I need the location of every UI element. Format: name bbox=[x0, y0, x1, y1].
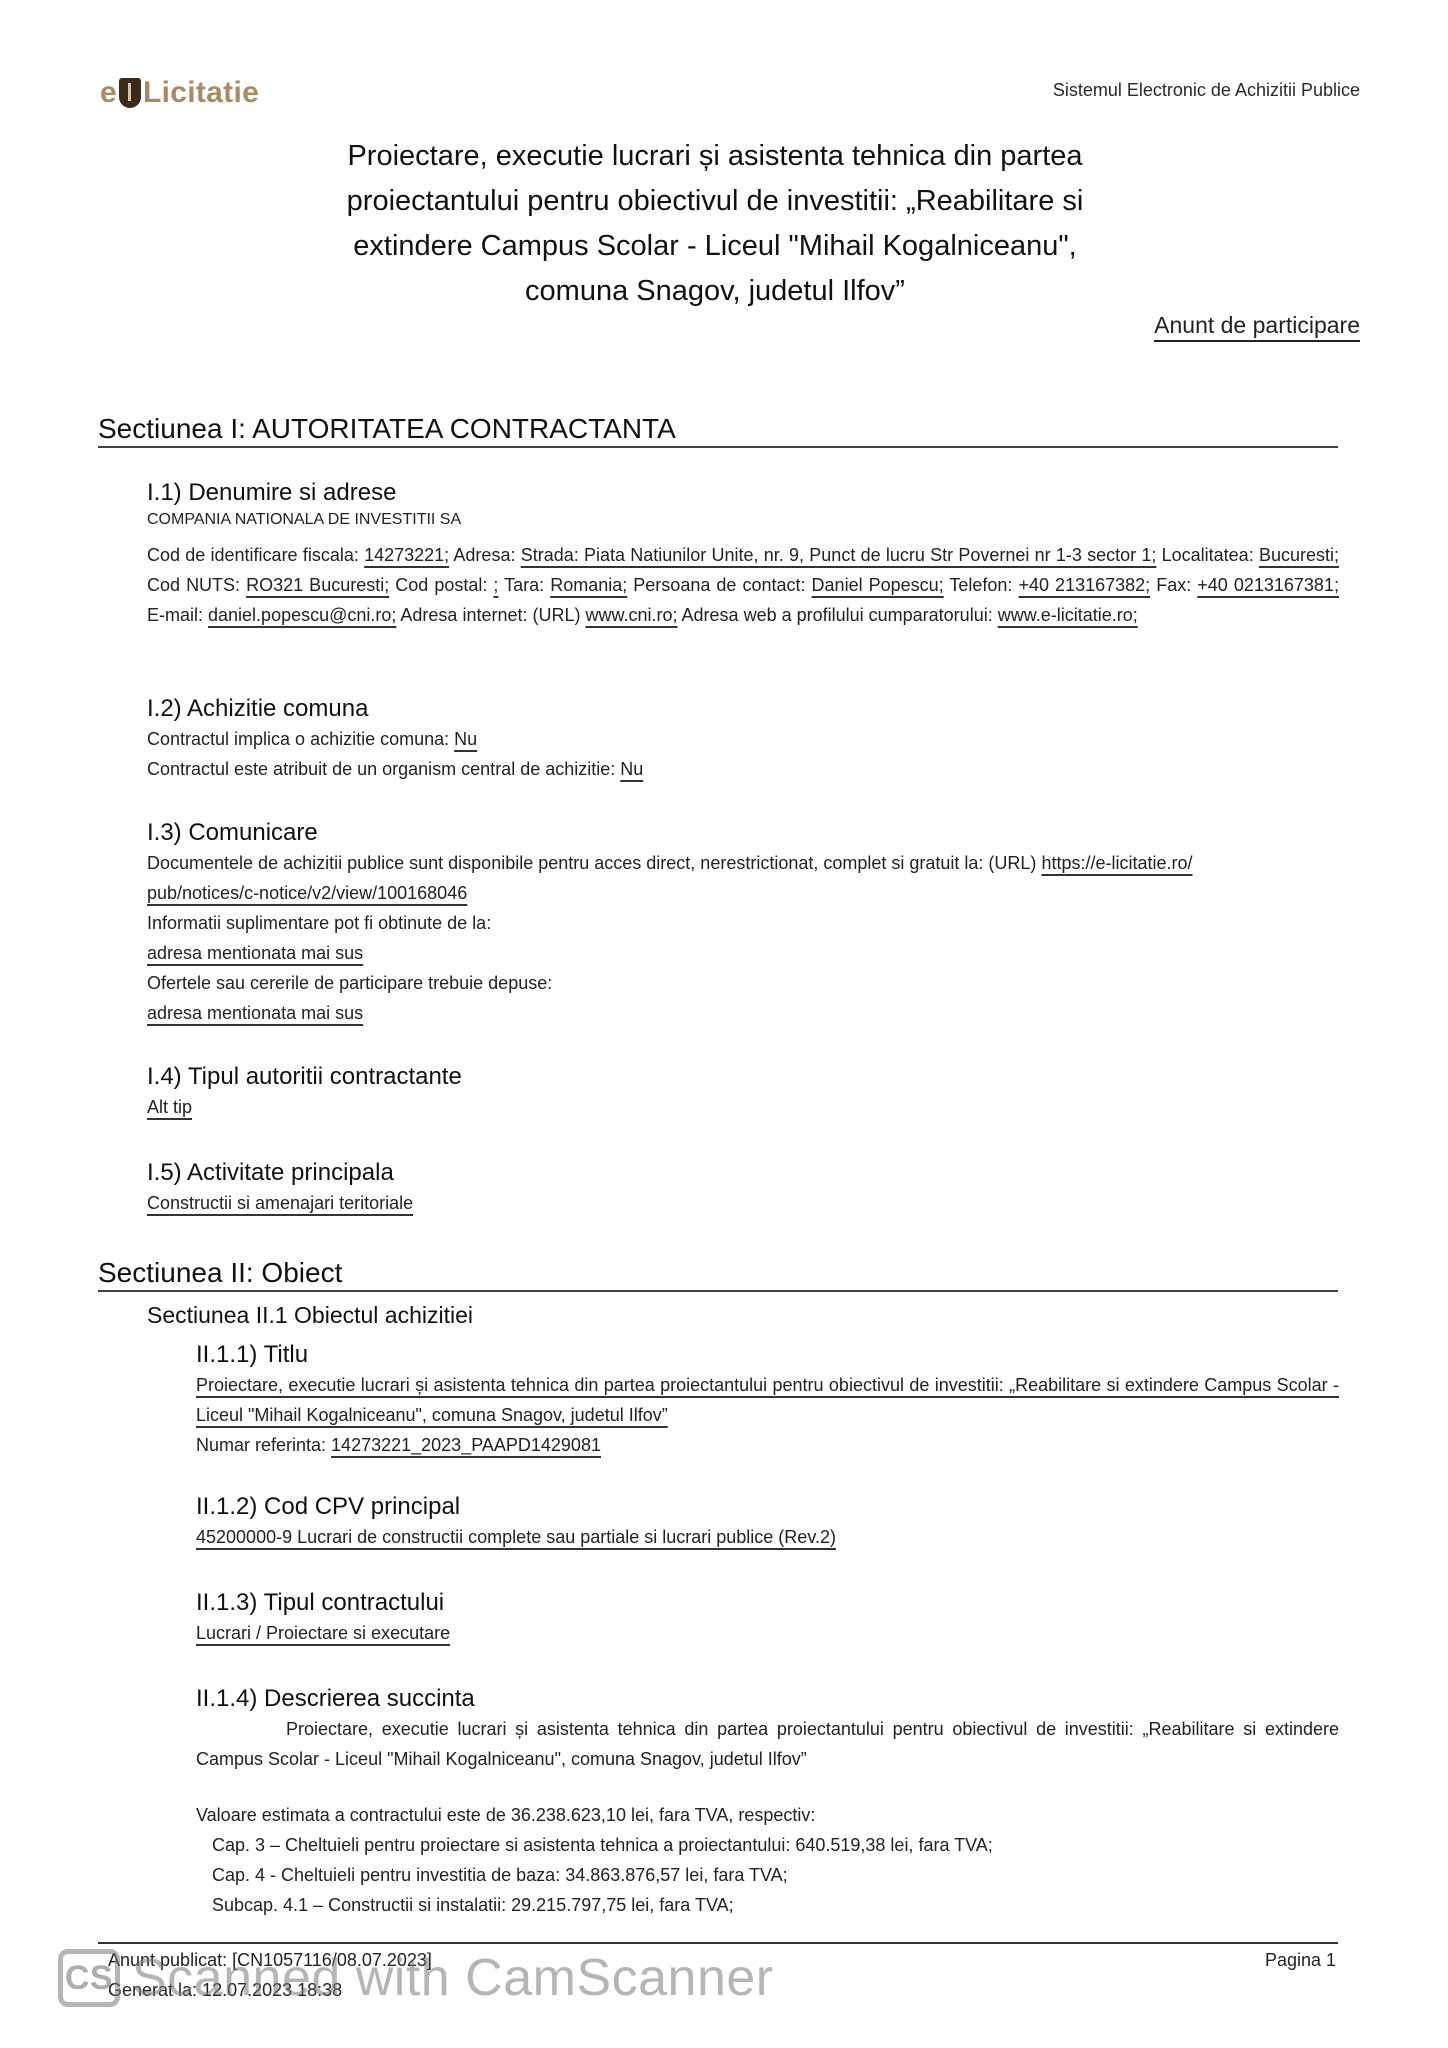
logo-prefix: e bbox=[100, 76, 117, 110]
buyer-profile-link[interactable]: www.e-licitatie.ro; bbox=[998, 605, 1138, 625]
nuts-label: Cod NUTS: bbox=[147, 575, 246, 595]
estimated-value: Valoare estimata a contractului este de … bbox=[196, 1800, 1339, 1830]
reference-number: 14273221_2023_PAAPD1429081 bbox=[331, 1435, 601, 1455]
fiscal-label: Cod de identificare fiscala: bbox=[147, 545, 364, 565]
section-i2-heading: I.2) Achizitie comuna bbox=[147, 694, 1339, 724]
cost-item: Cap. 3 – Cheltuieli pentru proiectare si… bbox=[212, 1830, 1312, 1860]
title-value-row: Proiectare, executie lucrari și asistent… bbox=[196, 1370, 1339, 1430]
info-value-row: adresa mentionata mai sus bbox=[147, 938, 1339, 968]
cost-item: Subcap. 4.1 – Constructii si instalatii:… bbox=[212, 1890, 1312, 1920]
cpv-row: 45200000-9 Lucrari de constructii comple… bbox=[196, 1522, 1339, 1552]
shield-icon bbox=[119, 78, 141, 108]
watermark-text: Scanned with CamScanner bbox=[132, 1948, 774, 2008]
central-value: Nu bbox=[620, 759, 643, 779]
offers-value-row: adresa mentionata mai sus bbox=[147, 998, 1339, 1028]
joint-label: Contractul implica o achizitie comuna: bbox=[147, 729, 454, 749]
country-value: Romania; bbox=[550, 575, 627, 595]
documents-label: Documentele de achizitii publice sunt di… bbox=[147, 853, 1041, 873]
section-1-heading: Sectiunea I: AUTORITATEA CONTRACTANTA bbox=[98, 412, 1338, 448]
notice-type: Anunt de participare bbox=[1154, 312, 1360, 342]
section-ii1-heading: Sectiunea II.1 Obiectul achizitiei bbox=[147, 1300, 1339, 1330]
nuts-value: RO321 Bucuresti; bbox=[246, 575, 389, 595]
contract-type-row: Lucrari / Proiectare si executare bbox=[196, 1618, 1339, 1648]
buyer-profile-label: Adresa web a profilului cumparatorului: bbox=[678, 605, 998, 625]
organization-name: COMPANIA NATIONALA DE INVESTITII SA bbox=[147, 508, 1339, 532]
fiscal-code: 14273221; bbox=[364, 545, 449, 565]
phone-value: +40 213167382; bbox=[1018, 575, 1150, 595]
phone-label: Telefon: bbox=[944, 575, 1019, 595]
section-ii12-heading: II.1.2) Cod CPV principal bbox=[196, 1492, 1339, 1522]
authority-type: Alt tip bbox=[147, 1097, 192, 1117]
fax-value: +40 0213167381; bbox=[1197, 575, 1339, 595]
info-value: adresa mentionata mai sus bbox=[147, 943, 363, 963]
title-value: Proiectare, executie lucrari și asistent… bbox=[196, 1375, 1339, 1425]
camscanner-watermark: CS Scanned with CamScanner bbox=[58, 1948, 774, 2008]
short-description: Proiectare, executie lucrari și asistent… bbox=[196, 1714, 1339, 1774]
fax-label: Fax: bbox=[1150, 575, 1197, 595]
section-i3-heading: I.3) Comunicare bbox=[147, 818, 1339, 848]
section-i1-heading: I.1) Denumire si adrese bbox=[147, 478, 1339, 508]
main-activity-row: Constructii si amenajari teritoriale bbox=[147, 1188, 1339, 1218]
contract-type: Lucrari / Proiectare si executare bbox=[196, 1623, 450, 1643]
section-2-heading: Sectiunea II: Obiect bbox=[98, 1256, 1338, 1292]
reference-label: Numar referinta: bbox=[196, 1435, 331, 1455]
section-ii14-heading: II.1.4) Descrierea succinta bbox=[196, 1684, 1339, 1714]
section-i4-heading: I.4) Tipul autoritii contractante bbox=[147, 1062, 1339, 1092]
footer-divider bbox=[98, 1942, 1338, 1944]
offers-label: Ofertele sau cererile de participare tre… bbox=[147, 968, 1339, 998]
contact-label: Persoana de contact: bbox=[627, 575, 811, 595]
main-activity: Constructii si amenajari teritoriale bbox=[147, 1193, 413, 1213]
internet-label: Adresa internet: (URL) bbox=[396, 605, 585, 625]
website-link[interactable]: www.cni.ro; bbox=[586, 605, 678, 625]
postal-label: Cod postal: bbox=[389, 575, 493, 595]
cost-item: Cap. 4 - Cheltuieli pentru investitia de… bbox=[212, 1860, 1312, 1890]
section-i5-heading: I.5) Activitate principala bbox=[147, 1158, 1339, 1188]
section-ii11-heading: II.1.1) Titlu bbox=[196, 1340, 1339, 1370]
system-name: Sistemul Electronic de Achizitii Publice bbox=[1053, 80, 1360, 101]
contact-value: Daniel Popescu; bbox=[812, 575, 944, 595]
joint-procurement-row: Contractul implica o achizitie comuna: N… bbox=[147, 724, 1339, 754]
page-number: Pagina 1 bbox=[1265, 1950, 1336, 1971]
organization-details: Cod de identificare fiscala: 14273221; A… bbox=[147, 540, 1339, 630]
central-body-row: Contractul este atribuit de un organism … bbox=[147, 754, 1339, 784]
notice-title: Proiectare, executie lucrari și asistent… bbox=[330, 134, 1100, 314]
offers-value: adresa mentionata mai sus bbox=[147, 1003, 363, 1023]
address-label: Adresa: bbox=[449, 545, 521, 565]
email-label: E-mail: bbox=[147, 605, 208, 625]
camscanner-logo-icon: CS bbox=[58, 1949, 120, 2007]
section-ii13-heading: II.1.3) Tipul contractului bbox=[196, 1588, 1339, 1618]
locality-value: Bucuresti; bbox=[1259, 545, 1339, 565]
authority-type-row: Alt tip bbox=[147, 1092, 1339, 1122]
logo-text: Licitatie bbox=[143, 76, 259, 110]
central-label: Contractul este atribuit de un organism … bbox=[147, 759, 620, 779]
info-label: Informatii suplimentare pot fi obtinute … bbox=[147, 908, 1339, 938]
joint-value: Nu bbox=[454, 729, 477, 749]
elicitatie-logo: e Licitatie bbox=[100, 76, 259, 110]
cpv-code: 45200000-9 Lucrari de constructii comple… bbox=[196, 1527, 836, 1547]
documents-row: Documentele de achizitii publice sunt di… bbox=[147, 848, 1197, 908]
email-link[interactable]: daniel.popescu@cni.ro; bbox=[208, 605, 396, 625]
country-label: Tara: bbox=[498, 575, 550, 595]
locality-label: Localitatea: bbox=[1156, 545, 1259, 565]
address-value: Strada: Piata Natiunilor Unite, nr. 9, P… bbox=[521, 545, 1157, 565]
reference-row: Numar referinta: 14273221_2023_PAAPD1429… bbox=[196, 1430, 1339, 1460]
